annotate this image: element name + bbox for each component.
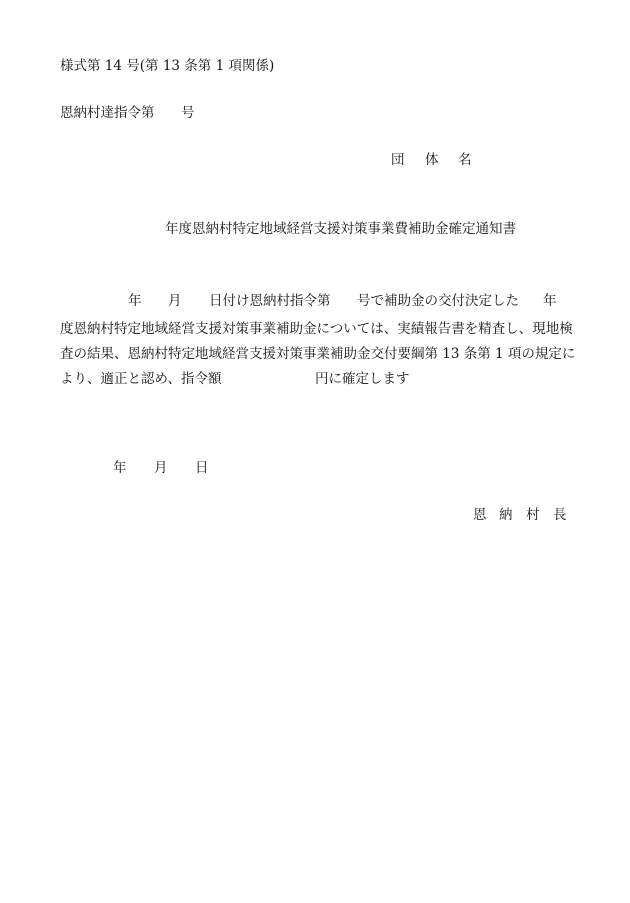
body-text-a: 日付け恩納村指令第 [209,292,331,310]
date-month: 月 [154,459,168,477]
reference-suffix: 号 [181,104,195,122]
body-month: 月 [168,292,182,310]
signatory-char: 長 [553,506,567,524]
document-title: 年度恩納村特定地域経営支援対策事業費補助金確定通知書 [165,220,516,238]
signatory-char: 納 [499,506,513,524]
signatory-char: 恩 [473,506,487,524]
date-year: 年 [113,459,127,477]
body-line-2: 度恩納村特定地域経営支援対策事業補助金については、実績報告書を精査し、現地検 [60,320,573,338]
body-year: 年 [128,292,142,310]
body-year2: 年 [543,292,557,310]
body-line-3: 査の結果、恩納村特定地域経営支援対策事業補助金交付要綱第 13 条第 1 項の規… [60,345,575,363]
recipient-char: 名 [458,151,472,169]
body-line-4a: より、適正と認め、指令額 [60,370,221,388]
reference-prefix: 恩納村達指令第 [60,104,155,122]
body-line-4b: 円に確定します [315,370,410,388]
body-text-b: 号で補助金の交付決定した [357,292,519,310]
form-label: 様式第 14 号(第 13 条第 1 項関係) [60,57,274,75]
date-day: 日 [195,459,209,477]
recipient-char: 体 [425,151,439,169]
signatory-char: 村 [526,506,540,524]
recipient-char: 団 [391,151,405,169]
